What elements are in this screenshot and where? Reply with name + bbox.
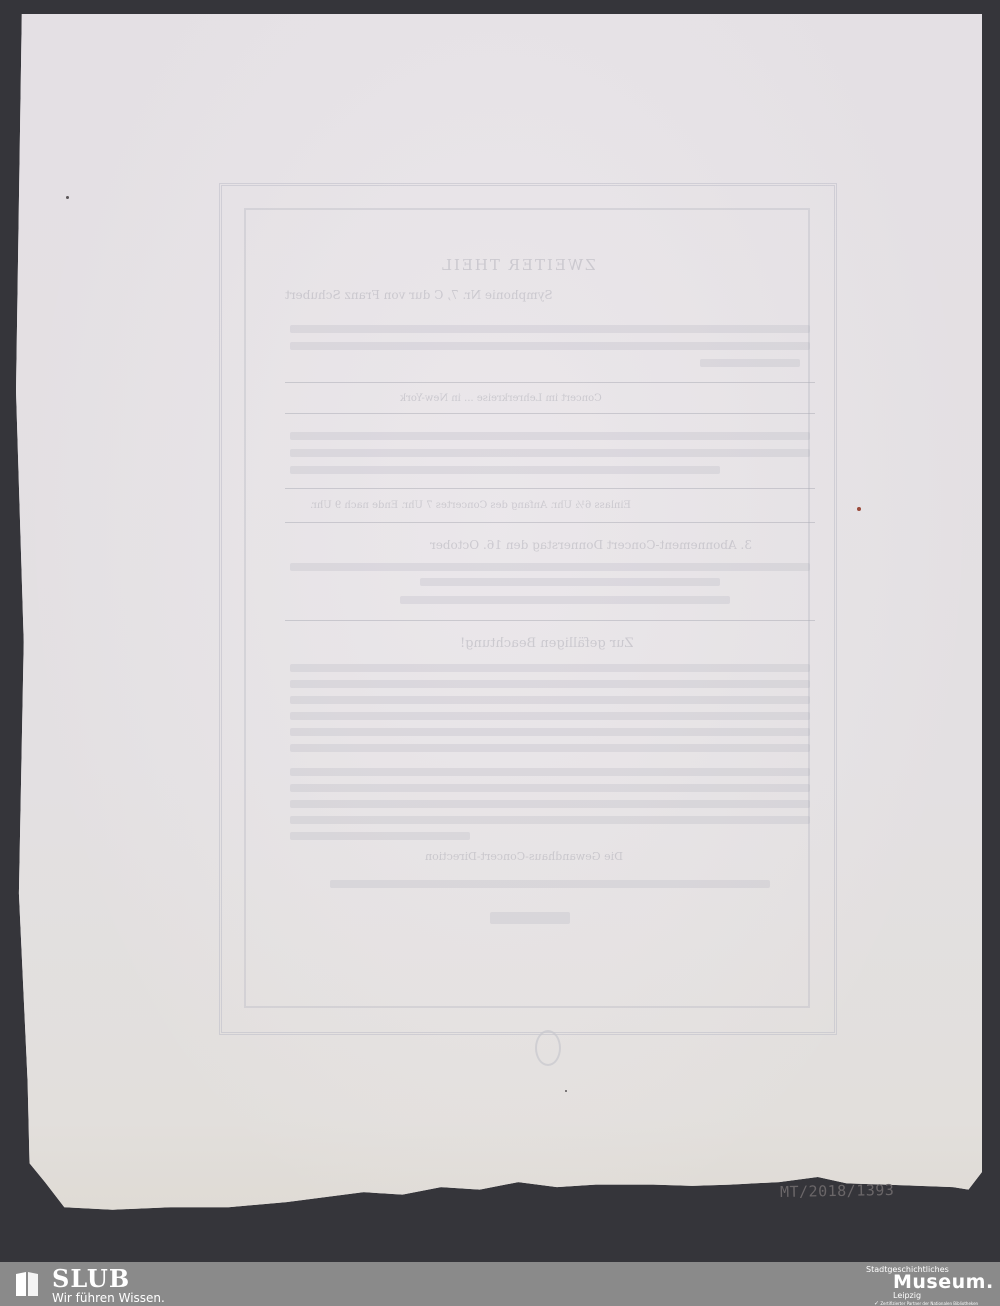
museum-certification: ✓ Zertifizierter Partner der Nationalen … — [874, 1300, 978, 1306]
bleed-text-line — [290, 744, 810, 752]
bleed-times: Einlass 6½ Uhr. Anfang des Concertes 7 U… — [310, 500, 631, 511]
bleed-text-line — [290, 784, 810, 792]
bleed-rule — [285, 382, 815, 383]
bleed-rule — [285, 488, 815, 489]
bleed-text-line — [290, 696, 810, 704]
bleed-text-line — [290, 800, 810, 808]
certification-text: Zertifizierter Partner der Nationalen Bi… — [880, 1301, 978, 1306]
bleed-text-line — [290, 432, 810, 440]
slub-tagline: Wir führen Wissen. — [52, 1291, 165, 1305]
embossed-seal — [535, 1030, 561, 1066]
stain-spot — [857, 507, 861, 511]
bleed-text-line — [290, 768, 810, 776]
bleed-text-line — [420, 578, 720, 586]
museum-city: Leipzig — [893, 1291, 921, 1300]
bleed-text-line — [400, 596, 730, 604]
bleed-text-line — [490, 912, 570, 924]
bleed-text-line — [330, 880, 770, 888]
bleed-rule — [285, 522, 815, 523]
slub-book-icon — [14, 1270, 40, 1298]
bleed-text-line — [290, 712, 810, 720]
bleed-text-line — [290, 664, 810, 672]
bleed-text-line — [290, 325, 810, 333]
bleed-text-line — [290, 680, 810, 688]
bleed-announcement: Concert im Lehrerkreise ... in New-York — [400, 393, 602, 404]
bleed-next-concert: 3. Abonnement-Concert Donnerstag den 16.… — [430, 538, 752, 552]
slub-brand[interactable]: SLUB — [52, 1264, 130, 1293]
bleed-signature: Die Gewandhaus-Concert-Direction — [425, 850, 623, 863]
bleed-text-line — [290, 816, 810, 824]
bleed-rule — [285, 620, 815, 621]
footer-bar: SLUB Wir führen Wissen. Stadtgeschichtli… — [0, 1262, 1000, 1306]
bleed-text-line — [290, 832, 470, 840]
bleed-text-line — [290, 563, 810, 571]
shelfmark-annotation: MT/2018/1393 — [780, 1181, 895, 1201]
bleed-text-line — [290, 466, 720, 474]
bleed-heading: ZWEITER THEIL — [440, 256, 596, 274]
scan-background: ZWEITER THEIL Symphonie Nr. 7, C dur von… — [0, 0, 1000, 1262]
bleed-text-line — [700, 359, 800, 367]
bleed-text-line — [290, 342, 810, 350]
bleed-text-line — [290, 449, 810, 457]
paper-speck — [565, 1090, 567, 1092]
bleed-symphony: Symphonie Nr. 7, C dur von Franz Schuber… — [285, 288, 553, 302]
bleed-notice: Zur gefälligen Beachtung! — [460, 636, 634, 651]
museum-logo[interactable]: Museum. — [893, 1271, 994, 1293]
bleed-text-line — [290, 728, 810, 736]
checkmark-icon: ✓ — [874, 1300, 879, 1306]
bleed-rule — [285, 413, 815, 414]
paper-speck — [66, 196, 69, 199]
